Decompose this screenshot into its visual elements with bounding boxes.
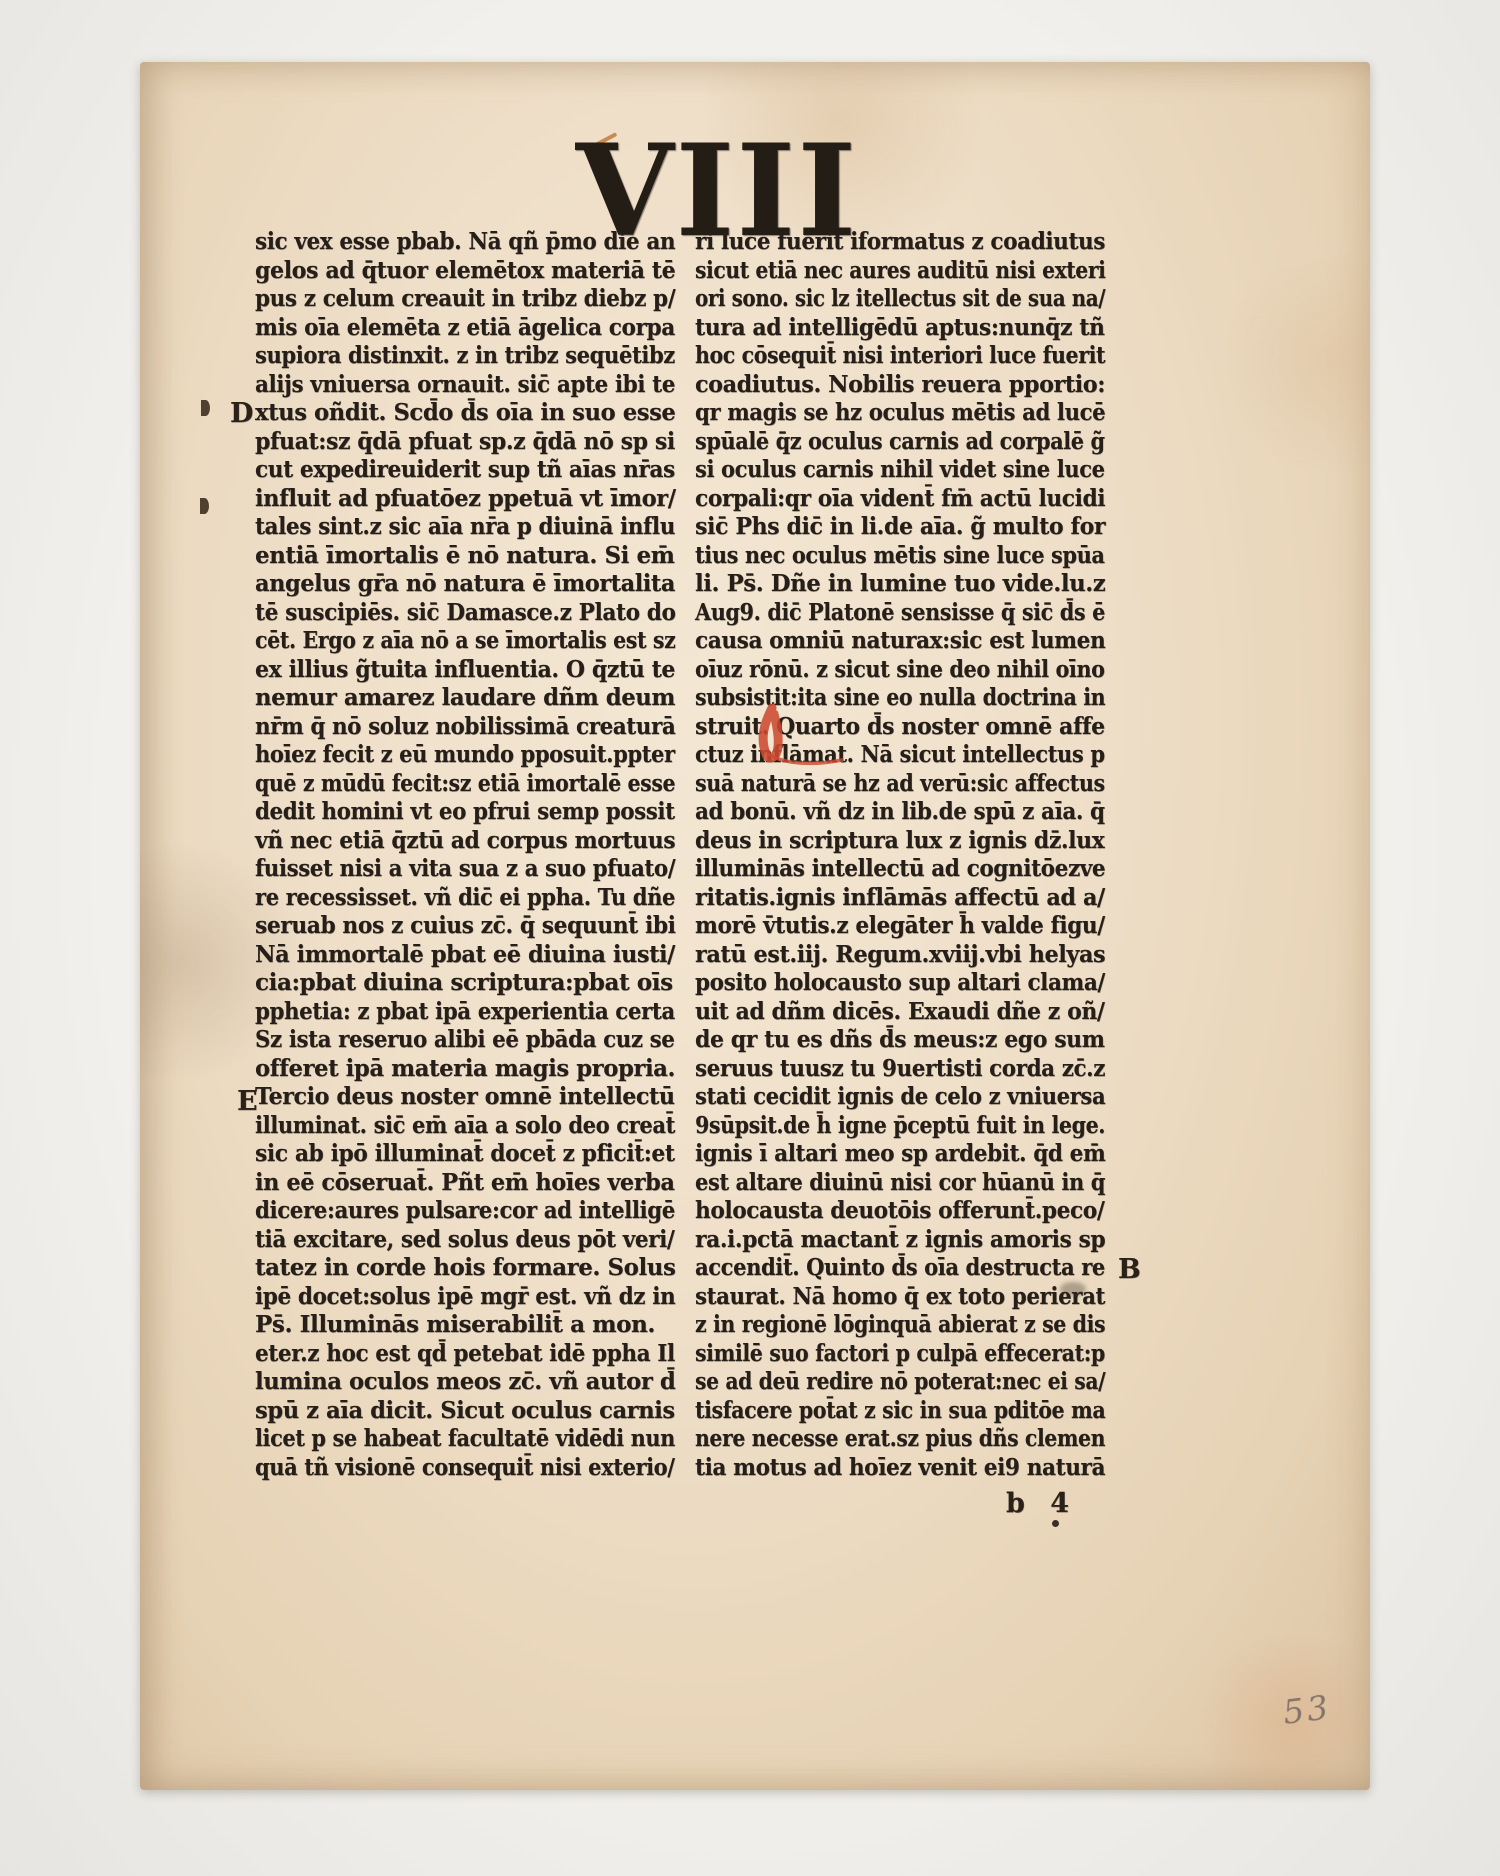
text-line: ad bonū. vñ dz in lib.de spū z aīa. q̄ — [695, 798, 1077, 827]
text-line: entiā īmortalis ē nō natura. Si em̄ — [255, 542, 673, 571]
text-line: se ad deū redire nō poterat:nec ei sa/ — [695, 1368, 1057, 1397]
ink-smudge — [1060, 1282, 1086, 1296]
text-line: Aug9. dic̄ Platonē sensisse q̄ sic̄ d̄s … — [695, 599, 1064, 628]
text-line: 9sūpsit.de h̄ igne p̄ceptū fuit in lege. — [695, 1112, 1060, 1141]
text-line: est altare diuinū nisi cor hūanū in q̄ — [695, 1169, 1068, 1198]
text-line: qr magis se hz oculus mētis ad lucē — [695, 399, 1073, 428]
text-line: z in regionē lōginquā abierat z se dis — [695, 1311, 1059, 1340]
text-line: coadiutus. Nobilis reuera pportio: — [695, 371, 1091, 400]
text-line: lumina oculos meos zc̄. vñ autor d̄ — [255, 1368, 669, 1397]
text-line: staurat. Nā homo q̄ ex toto perierat — [695, 1283, 1075, 1312]
marginal-initial-d: D — [230, 398, 253, 429]
quire-signature: b 4 — [1006, 1488, 1069, 1519]
text-line: Sz ista reseruo alibi eē pbāda cuz se — [255, 1026, 644, 1055]
text-line: influit ad pfuatōez ppetuā vt īmor/ — [255, 485, 665, 514]
text-line: nemur amarez laudare dñm deum — [255, 684, 669, 713]
text-line: si oculus carnis nihil videt sine luce — [695, 456, 1069, 485]
text-line: tiā excitare, sed solus deus pōt veri/ — [255, 1226, 648, 1255]
text-line: licet p se habeat facultatē vidēdi nun — [255, 1425, 635, 1454]
text-line: accendit̄. Quinto d̄s oīa destructa re — [695, 1254, 1069, 1283]
text-line: sic̄ Phs dic̄ in li.de aīa. g̃ multo for — [695, 513, 1088, 542]
text-line: sic vex esse pbab. Nā qñ p̄mo die an — [255, 228, 648, 257]
text-line: corpali:qr oīa vident̄ fm̄ actū lucidi — [695, 485, 1082, 514]
text-line: tisfacere pot̄at z sic in sua pditōe ma — [695, 1397, 1060, 1426]
text-line: dicere:aures pulsare:cor ad intelligē — [255, 1197, 644, 1226]
text-line: nere necesse erat.sz pius dñs clemen — [695, 1425, 1057, 1454]
text-column-left: sic vex esse pbab. Nā qñ p̄mo die angelo… — [255, 228, 675, 1482]
text-line: ignis ī altari meo sp ardebit. q̄d em̄ — [695, 1140, 1078, 1169]
text-line: sicut etiā nec aures auditū nisi exteri — [695, 257, 1056, 286]
text-line: tatez in corde hois formare. Solus — [255, 1254, 672, 1283]
text-line: morē v̄tutis.z elegāter h̄ valde figu/ — [695, 912, 1080, 941]
text-line: suā naturā se hz ad verū:sic affectus — [695, 770, 1063, 799]
text-line: quā tñ visionē consequit̄ nisi exterio/ — [255, 1454, 637, 1483]
paper-chip — [200, 498, 209, 514]
text-line: cēt. Ergo z aīa nō a se īmortalis est sz — [255, 627, 630, 656]
text-line: ipē docet:solus ipē mgr̄ est. vñ dz in — [255, 1283, 648, 1312]
text-line: Ps̄. Illuminās miserabilit̄ a mon. — [255, 1311, 675, 1340]
text-line: causa omniū naturax:sic est lumen — [695, 627, 1080, 656]
text-line: in eē cōseruat̄. Pñt em̄ hoīes verba — [255, 1169, 663, 1198]
text-line: vñ nec etiā q̄ztū ad corpus mortuus — [255, 827, 654, 856]
photo-backdrop: VIII sic vex esse pbab. Nā qñ p̄mo die a… — [0, 0, 1500, 1876]
text-line: eter.z hoc est qd̄ petebat idē ppha Il — [255, 1340, 648, 1369]
text-line: Tercio deus noster omnē intellectū — [255, 1083, 659, 1112]
red-paraph-mark — [750, 704, 860, 768]
text-column-right: ri luce fuerit iformatus z coadiutussicu… — [695, 228, 1105, 1482]
text-line: supiora distinxit. z in tribz sequētibz — [255, 342, 639, 371]
text-line: gelos ad q̄tuor elemētox materiā tē — [255, 257, 658, 286]
text-line: re recessisset. vñ dic̄ ei ppha. Tu dñe — [255, 884, 638, 913]
text-line: illuminat. sic̄ em̄ aīa a solo deo creat… — [255, 1112, 638, 1141]
text-line: offeret ipā materia magis propria. — [255, 1055, 669, 1084]
text-line: tius nec oculus mētis sine luce spūa — [695, 542, 1067, 571]
text-line: de qr tu es dñs d̄s meus:z ego sum — [695, 1026, 1086, 1055]
ink-speck — [1052, 1520, 1059, 1527]
text-line: uit ad dñm dicēs. Exaudi dñe z oñ/ — [695, 998, 1086, 1027]
text-line: angelus gr̄a nō natura ē īmortalita — [255, 570, 663, 599]
text-line: ri luce fuerit iformatus z coadiutus — [695, 228, 1079, 257]
text-line: alijs vniuersa ornauit. sic̄ apte ibi te — [255, 371, 647, 400]
text-line: tia motus ad hoīez venit ei9 naturā — [695, 1454, 1080, 1483]
text-line: pus z celum creauit in tribz diebz p/ — [255, 285, 648, 314]
text-line: tura ad intelligēdū aptus:nunq̄z tñ — [695, 314, 1085, 343]
text-line: hoīez fecit z eū mundo pposuit.ppter — [255, 741, 638, 770]
text-line: oīuz rōnū. z sicut sine deo nihil oīno — [695, 656, 1064, 685]
text-line: similē suo factori p culpā effecerat:p — [695, 1340, 1060, 1369]
text-line: cut expedireuiderit sup tñ aīas nr̄as — [255, 456, 650, 485]
text-line: illuminās intellectū ad cognitōezve — [695, 855, 1079, 884]
text-line: hoc cōsequit̄ nisi interiori luce fuerit — [695, 342, 1059, 371]
text-line: holocausta deuotōis offerunt̄.peco/ — [695, 1197, 1080, 1226]
text-line: seruus tuusz tu 9uertisti corda zc̄.z — [695, 1055, 1076, 1084]
text-line: sic ab ipō illuminat̄ docet̄ z pficit̄:e… — [255, 1140, 652, 1169]
text-line: Nā immortalē pbat eē diuina iusti/ — [255, 941, 664, 970]
text-line: dedit homini vt eo pfrui semp possit — [255, 798, 644, 827]
text-line: posito holocausto sup altari clama/ — [695, 969, 1078, 998]
marginal-initial-e: E — [237, 1086, 258, 1117]
text-line: xtus oñdit. Scd̄o d̄s oīa in suo esse — [255, 399, 668, 428]
text-line: fuisset nisi a vita sua z a suo pfuato/ — [255, 855, 644, 884]
text-line: tales sint.z sic aīa nr̄a p diuinā influ — [255, 513, 648, 542]
text-line: stati cecidit ignis de celo z vniuersa — [695, 1083, 1071, 1112]
text-line: nr̄m q̄ nō soluz nobilissimā creaturā — [255, 713, 645, 742]
text-line: quē z mūdū fecit:sz etiā imortalē esse — [255, 770, 628, 799]
marginal-initial-b: B — [1118, 1254, 1141, 1285]
text-line: spū z aīa dicit. Sicut oculus carnis — [255, 1397, 667, 1426]
text-line: pphetia: z pbat ipā experientia certa — [255, 998, 644, 1027]
text-line: seruab nos z cuius zc̄. q̄ sequunt̄ ibi — [255, 912, 651, 941]
pencil-folio-number: 53 — [1281, 1687, 1333, 1732]
text-line: ori sono. sic lz itellectus sit de sua n… — [695, 285, 1048, 314]
text-line: ex illius g̃tuita influentia. O q̄ztū te — [255, 656, 656, 685]
text-line: cia:pbat diuina scriptura:pbat oīs — [255, 969, 675, 998]
text-line: li. Ps̄. Dñe in lumine tuo vide.lu.z — [695, 570, 1101, 599]
text-line: ra.i.pctā mactant̄ z ignis amoris sp — [695, 1226, 1083, 1255]
paper-chip — [201, 400, 210, 416]
text-line: ritatis.ignis inflāmās affectū ad a/ — [695, 884, 1091, 913]
text-line: pfuat:sz q̄dā pfuat sp.z q̄dā nō sp si — [255, 428, 656, 457]
text-line: deus in scriptura lux z ignis dz̄.lux — [695, 827, 1086, 856]
text-line: mis oīa elemēta z etiā āgelica corpa — [255, 314, 649, 343]
text-line: tē suscipiēs. sic̄ Damasce.z Plato do — [255, 599, 650, 628]
text-line: ratū est.iij. Regum.xviij.vbi helyas — [695, 941, 1092, 970]
text-line: spūalē q̄z oculus carnis ad corpalē g̃ — [695, 428, 1065, 457]
